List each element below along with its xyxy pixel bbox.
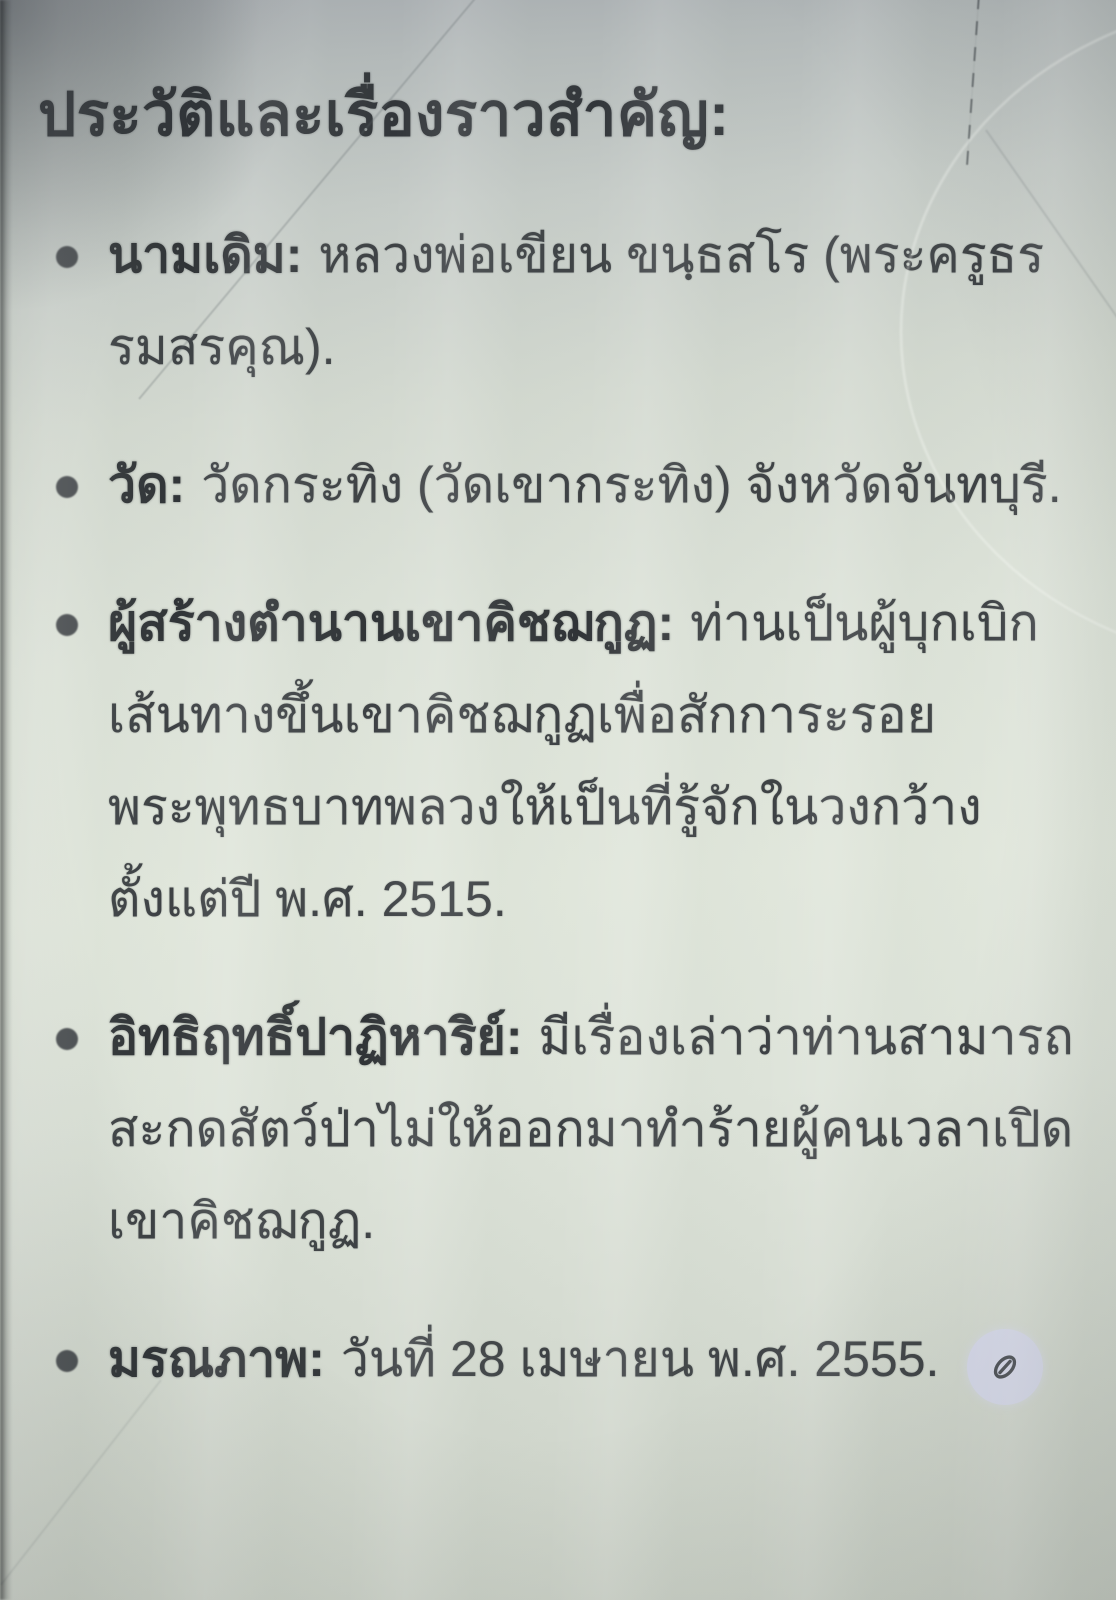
list-item: มรณภาพ:วันที่ 28 เมษายน พ.ศ. 2555. [56, 1313, 1096, 1405]
link-icon [986, 1348, 1024, 1386]
screen-photo: ประวัติและเรื่องราวสำคัญ: นามเดิม:หลวงพ่… [0, 0, 1116, 1600]
list-item: นามเดิม:หลวงพ่อเขียน ขนฺธสโร (พระครูธรรม… [56, 209, 1096, 393]
bullet-dot [56, 246, 78, 268]
fact-label: นามเดิม: [108, 227, 302, 283]
key-facts-list: นามเดิม:หลวงพ่อเขียน ขนฺธสโร (พระครูธรรม… [38, 209, 1096, 1405]
list-item: อิทธิฤทธิ์ปาฏิหาริย์:มีเรื่องเล่าว่าท่าน… [56, 991, 1096, 1267]
fact-text: อิทธิฤทธิ์ปาฏิหาริย์:มีเรื่องเล่าว่าท่าน… [108, 991, 1088, 1267]
bullet-dot [56, 1028, 78, 1050]
citation-chip[interactable] [967, 1329, 1043, 1405]
bullet-dot [56, 614, 78, 636]
page-title: ประวัติและเรื่องราวสำคัญ: [38, 80, 1096, 151]
bullet-dot [56, 1350, 78, 1372]
fact-label: วัด: [108, 457, 185, 513]
fact-label: ผู้สร้างตำนานเขาคิชฌกูฏ: [108, 595, 674, 651]
bullet-dot [56, 476, 78, 498]
document-content: ประวัติและเรื่องราวสำคัญ: นามเดิม:หลวงพ่… [0, 0, 1116, 1405]
scratch-line [0, 1379, 162, 1585]
fact-text: นามเดิม:หลวงพ่อเขียน ขนฺธสโร (พระครูธรรม… [108, 209, 1088, 393]
fact-text: มรณภาพ:วันที่ 28 เมษายน พ.ศ. 2555. [108, 1313, 1043, 1405]
fact-text: วัด:วัดกระทิง (วัดเขากระทิง) จังหวัดจันท… [108, 439, 1062, 531]
fact-label: อิทธิฤทธิ์ปาฏิหาริย์: [108, 1009, 522, 1065]
fact-value: วันที่ 28 เมษายน พ.ศ. 2555. [341, 1331, 940, 1387]
list-item: ผู้สร้างตำนานเขาคิชฌกูฏ:ท่านเป็นผู้บุกเบ… [56, 577, 1096, 945]
fact-text: ผู้สร้างตำนานเขาคิชฌกูฏ:ท่านเป็นผู้บุกเบ… [108, 577, 1088, 945]
fact-label: มรณภาพ: [108, 1331, 325, 1387]
fact-value: วัดกระทิง (วัดเขากระทิง) จังหวัดจันทบุรี… [201, 457, 1061, 513]
list-item: วัด:วัดกระทิง (วัดเขากระทิง) จังหวัดจันท… [56, 439, 1096, 531]
